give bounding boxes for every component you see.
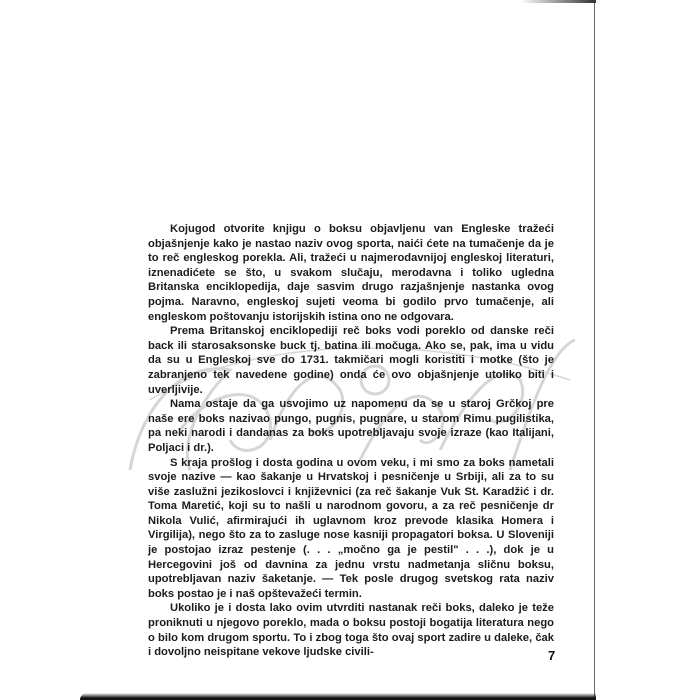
scanned-page: Kojugod otvorite knjigu o boksu objavlje… (0, 0, 595, 700)
paragraph: Kojugod otvorite knjigu o boksu objavlje… (148, 222, 554, 324)
body-text: Kojugod otvorite knjigu o boksu objavlje… (148, 222, 554, 660)
paragraph: Prema Britanskoj enciklopediji reč boks … (148, 324, 554, 397)
paragraph: S kraja prošlog i dosta godina u ovom ve… (148, 456, 554, 602)
page-number: 7 (548, 648, 555, 663)
scan-edge-shadow-bottom (80, 693, 596, 700)
paragraph: Ukoliko je i dosta lako ovim utvrditi na… (148, 601, 554, 659)
scan-edge-shadow-top (520, 0, 596, 3)
paragraph: Nama ostaje da ga usvojimo uz napomenu d… (148, 397, 554, 455)
bleed-through-area (145, 70, 395, 190)
